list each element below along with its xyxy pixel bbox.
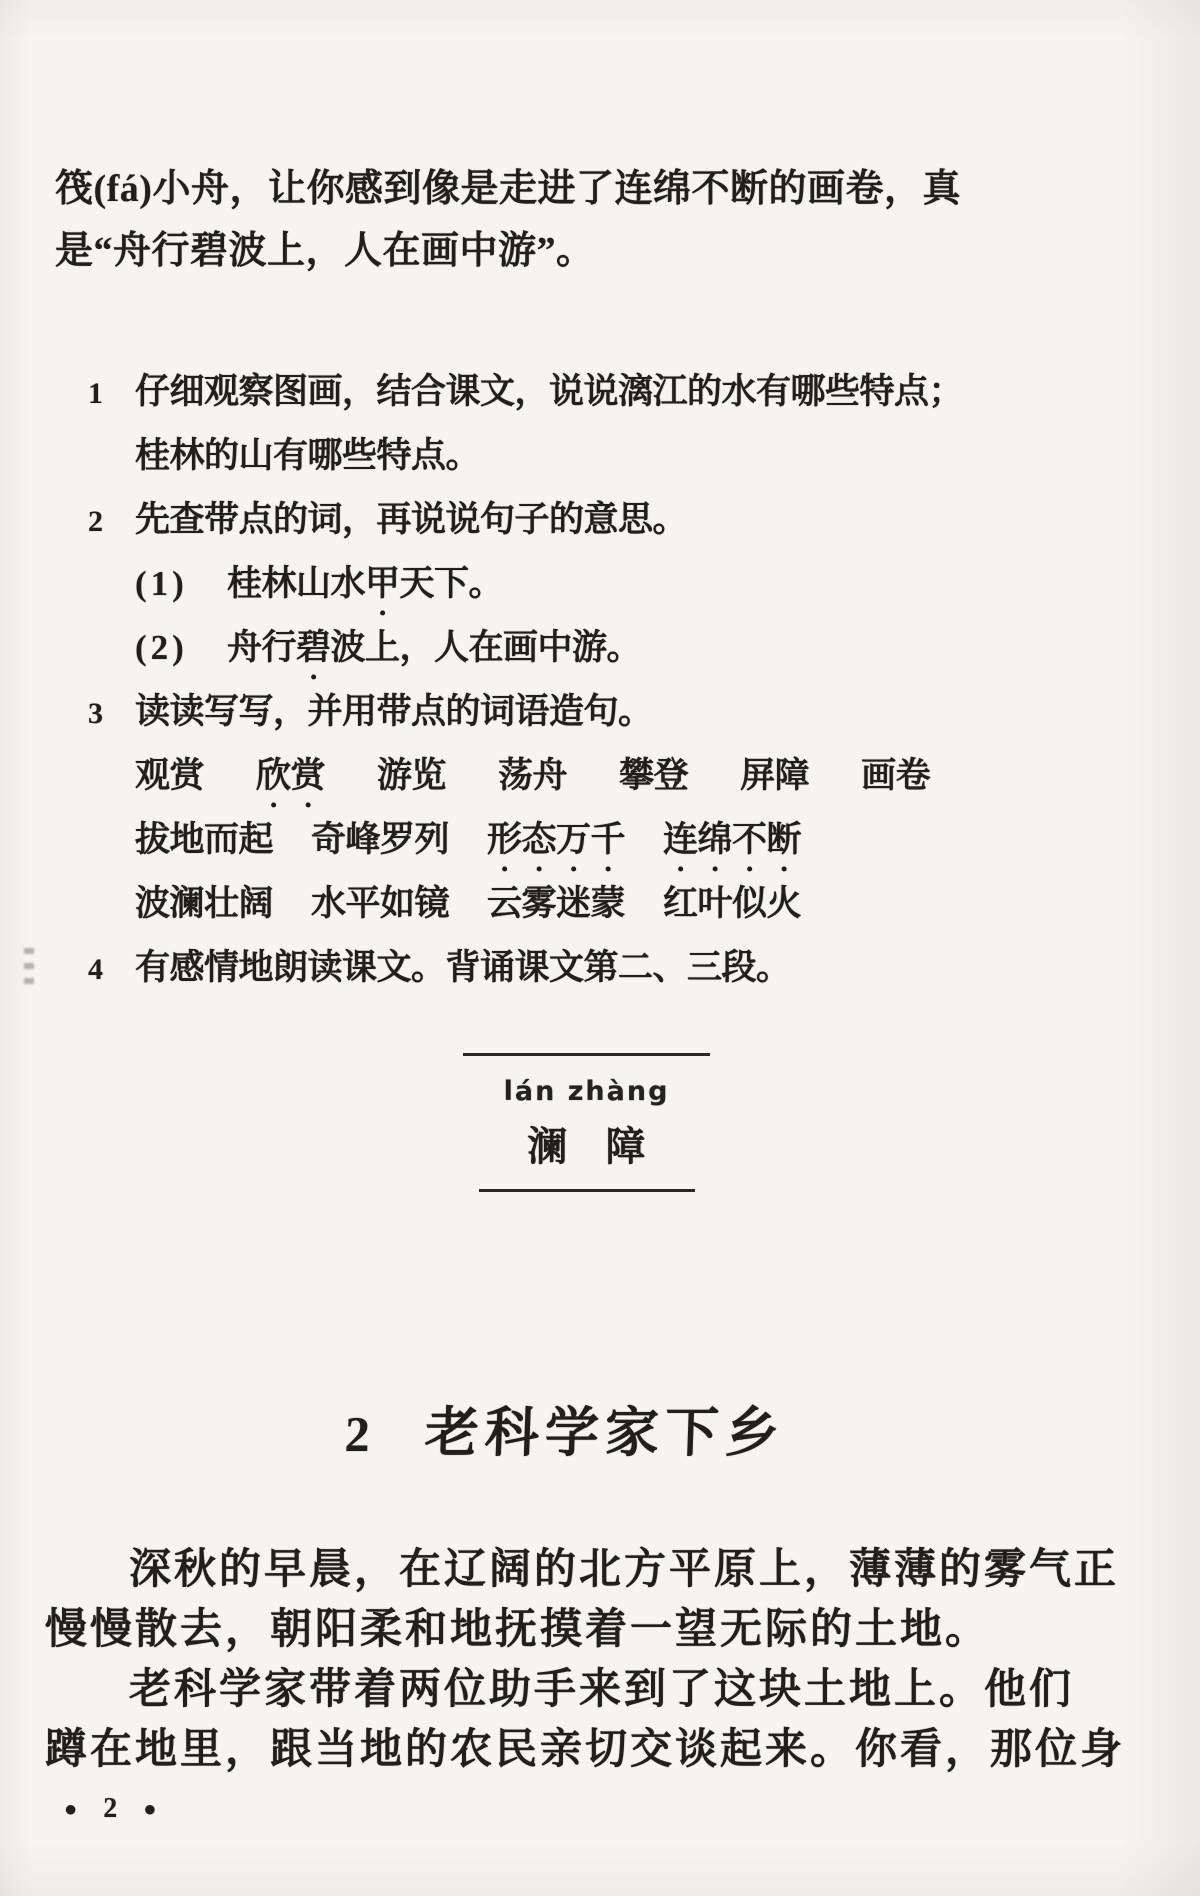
- vocab-word: 荡舟: [498, 744, 567, 815]
- intro-line-2: 是“舟行碧波上，人在画中游”。: [55, 220, 1055, 282]
- vocab-word: 水平如镜: [311, 872, 449, 936]
- vocab-word: 波澜壮阔: [135, 872, 273, 936]
- subitem-1-dotted-word: 甲: [365, 564, 400, 603]
- vocab-character-1: 澜: [528, 1119, 568, 1175]
- vocab-word: 拔地而起: [135, 808, 273, 879]
- subitem-1-label: (1): [135, 552, 227, 616]
- scanned-textbook-page: 筏(fá)小舟，让你感到像是走进了连绵不断的画卷，真 是“舟行碧波上，人在画中游…: [0, 0, 1200, 1896]
- lesson-number: 2: [344, 1405, 371, 1463]
- bullet-icon: ●: [64, 1795, 77, 1823]
- vocab-word: 红叶似火: [663, 872, 801, 936]
- exercise-3-text: 读读写写，并用带点的词语造句。: [135, 692, 653, 731]
- page-number: ● 2 ●: [64, 1793, 157, 1825]
- exercise-list: 1仔细观察图画，结合课文，说说漓江的水有哪些特点； 桂林的山有哪些特点。 2先查…: [88, 360, 1088, 1000]
- exercise-2-subitem-2: (2)舟行碧波上，人在画中游。: [88, 616, 1088, 680]
- lesson-title-text: 老科学家下乡: [424, 1390, 787, 1467]
- exercise-4-text: 有感情地朗读课文。背诵课文第二、三段。: [135, 948, 791, 987]
- exercise-number-2: 2: [88, 490, 135, 554]
- lesson-paragraph-1-line-1: 深秋的早晨，在辽阔的北方平原上，薄薄的雾气正: [45, 1540, 1175, 1600]
- word-list-row-1: 观赏 欣赏 游览 荡舟 攀登 屏障 画卷: [88, 744, 1088, 808]
- vocab-box: lán zhàng 澜 障: [463, 1053, 710, 1192]
- subitem-2-text-post: 波上，人在画中游。: [331, 628, 642, 667]
- vocab-word-dotted: 欣赏: [256, 744, 325, 815]
- lesson-title: 2 老科学家下乡: [344, 1390, 787, 1467]
- word-list-row-2: 拔地而起 奇峰罗列 形态万千 连绵不断: [88, 808, 1088, 872]
- exercise-1-text-line-2: 桂林的山有哪些特点。: [135, 436, 480, 475]
- vocab-character-2: 障: [606, 1119, 646, 1175]
- word-list-row-3: 波澜壮阔 水平如镜 云雾迷蒙 红叶似火: [88, 872, 1088, 936]
- intro-paragraph: 筏(fá)小舟，让你感到像是走进了连绵不断的画卷，真 是“舟行碧波上，人在画中游…: [55, 158, 1055, 282]
- vocab-word: 攀登: [619, 744, 688, 815]
- lesson-paragraph-2-line-2: 蹲在地里，跟当地的农民亲切交谈起来。你看，那位身: [45, 1720, 1175, 1780]
- lesson-paragraph-1-line-2: 慢慢散去，朝阳柔和地抚摸着一望无际的土地。: [45, 1600, 1175, 1660]
- exercise-item-4: 4有感情地朗读课文。背诵课文第二、三段。: [88, 936, 1088, 1000]
- vocab-word-dotted: 形态万千: [487, 808, 625, 879]
- divider-line: [479, 1189, 695, 1192]
- exercise-number-4: 4: [88, 938, 135, 1002]
- vocab-word: 奇峰罗列: [311, 808, 449, 879]
- exercise-item-1: 1仔细观察图画，结合课文，说说漓江的水有哪些特点；: [88, 360, 1088, 424]
- vocab-word: 屏障: [740, 744, 809, 815]
- lesson-body: 深秋的早晨，在辽阔的北方平原上，薄薄的雾气正 慢慢散去，朝阳柔和地抚摸着一望无际…: [45, 1540, 1175, 1780]
- subitem-1-text-post: 天下。: [400, 564, 504, 603]
- subitem-1-text-pre: 桂林山水: [227, 564, 365, 603]
- subitem-2-text-pre: 舟行: [227, 628, 296, 667]
- scan-artifact: [24, 948, 34, 990]
- bullet-icon: ●: [143, 1795, 156, 1823]
- pinyin-label: lán zhàng: [463, 1076, 710, 1107]
- exercise-2-subitem-1: (1)桂林山水甲天下。: [88, 552, 1088, 616]
- page-number-value: 2: [103, 1793, 117, 1825]
- vocab-word-dotted: 连绵不断: [663, 808, 801, 879]
- vocab-word: 游览: [377, 744, 446, 815]
- vocab-word: 观赏: [135, 744, 204, 815]
- subitem-2-label: (2): [135, 616, 227, 680]
- vocab-word: 画卷: [861, 744, 930, 815]
- exercise-1-text-line-1: 仔细观察图画，结合课文，说说漓江的水有哪些特点；: [135, 372, 963, 411]
- vocab-word: 云雾迷蒙: [487, 872, 625, 936]
- lesson-paragraph-2-line-1: 老科学家带着两位助手来到了这块土地上。他们: [45, 1660, 1175, 1720]
- exercise-2-text: 先查带点的词，再说说句子的意思。: [135, 500, 687, 539]
- subitem-2-dotted-word: 碧: [296, 628, 331, 667]
- exercise-item-2: 2先查带点的词，再说说句子的意思。: [88, 488, 1088, 552]
- exercise-number-3: 3: [88, 682, 135, 746]
- intro-line-1: 筏(fá)小舟，让你感到像是走进了连绵不断的画卷，真: [55, 158, 1055, 220]
- exercise-item-3: 3读读写写，并用带点的词语造句。: [88, 680, 1088, 744]
- vocab-characters: 澜 障: [463, 1119, 710, 1175]
- exercise-item-1-continued: 桂林的山有哪些特点。: [88, 424, 1088, 488]
- exercise-number-1: 1: [88, 362, 135, 426]
